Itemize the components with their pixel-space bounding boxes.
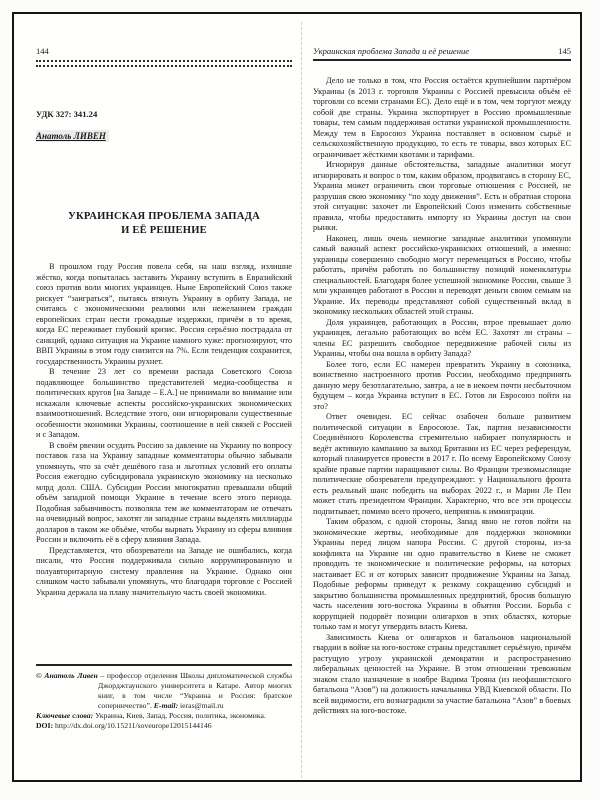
footnote-author: © Анатоль Ливен [36, 671, 98, 680]
footnote-rule [36, 664, 292, 666]
article-title-line1: УКРАИНСКАЯ ПРОБЛЕМА ЗАПАДА [36, 210, 292, 224]
dotted-rule [36, 60, 292, 67]
page-gutter-divider [301, 22, 302, 778]
paragraph: Наконец, лишь очень немногие западные ан… [313, 234, 571, 318]
paragraph: В прошлом году Россия повела себя, на на… [36, 262, 292, 367]
paragraph: Зависимость Киева от олигархов и батальо… [313, 633, 571, 717]
doi-value: http://dx.doi.org/10.15211/soveurope1201… [55, 721, 212, 730]
body-text-left: В прошлом году Россия повела себя, на на… [36, 262, 292, 598]
running-head: Украинская проблема Запада и её решение [313, 46, 469, 56]
footnote-block: © Анатоль Ливен – профессор отделения Шк… [36, 664, 292, 731]
paragraph: Доля украинцев, работающих в России, втр… [313, 318, 571, 360]
paragraph: Игнорируя данные обстоятельства, западны… [313, 160, 571, 234]
keywords-value: Украина, Киев, Запад, Россия, политика, … [95, 711, 266, 720]
paragraph: Таким образом, с одной стороны, Запад яв… [313, 517, 571, 633]
page-number-left: 144 [36, 46, 292, 56]
author-name: Анатоль ЛИВЕН [36, 130, 109, 142]
udk-code: УДК 327: 341.24 [36, 109, 292, 119]
doi-label: DOI: [36, 721, 53, 730]
email-value: ieras@mail.ru [180, 701, 224, 710]
doi-line: DOI: http://dx.doi.org/10.15211/soveurop… [36, 721, 292, 731]
article-title-line2: И ЕЁ РЕШЕНИЕ [36, 224, 292, 238]
paragraph: Дело не только в том, что Россия остаётс… [313, 76, 571, 160]
page-number-right: 145 [558, 46, 571, 56]
article-title: УКРАИНСКАЯ ПРОБЛЕМА ЗАПАДА И ЕЁ РЕШЕНИЕ [36, 210, 292, 238]
paragraph: В своём рвении осудить Россию за давлени… [36, 441, 292, 546]
paragraph: Представляется, что обозреватели на Запа… [36, 546, 292, 599]
running-head-rule [313, 59, 571, 61]
email-label: E-mail: [154, 701, 178, 710]
paragraph: Более того, если ЕС намерен превратить У… [313, 360, 571, 413]
running-head-row: Украинская проблема Запада и её решение … [313, 46, 571, 56]
paragraph: Ответ очевиден. ЕС сейчас озабочен больш… [313, 412, 571, 517]
page-right: Украинская проблема Запада и её решение … [313, 46, 571, 717]
paragraph: В течение 23 лет со времени распада Сове… [36, 367, 292, 441]
body-text-right: Дело не только в том, что Россия остаётс… [313, 76, 571, 717]
keywords-label: Ключевые слова: [36, 711, 93, 720]
keywords-line: Ключевые слова: Украина, Киев, Запад, Ро… [36, 711, 292, 721]
page-left: 144 УДК 327: 341.24 Анатоль ЛИВЕН УКРАИН… [36, 46, 292, 598]
footnote-copyright: © Анатоль Ливен – профессор отделения Шк… [36, 671, 292, 711]
